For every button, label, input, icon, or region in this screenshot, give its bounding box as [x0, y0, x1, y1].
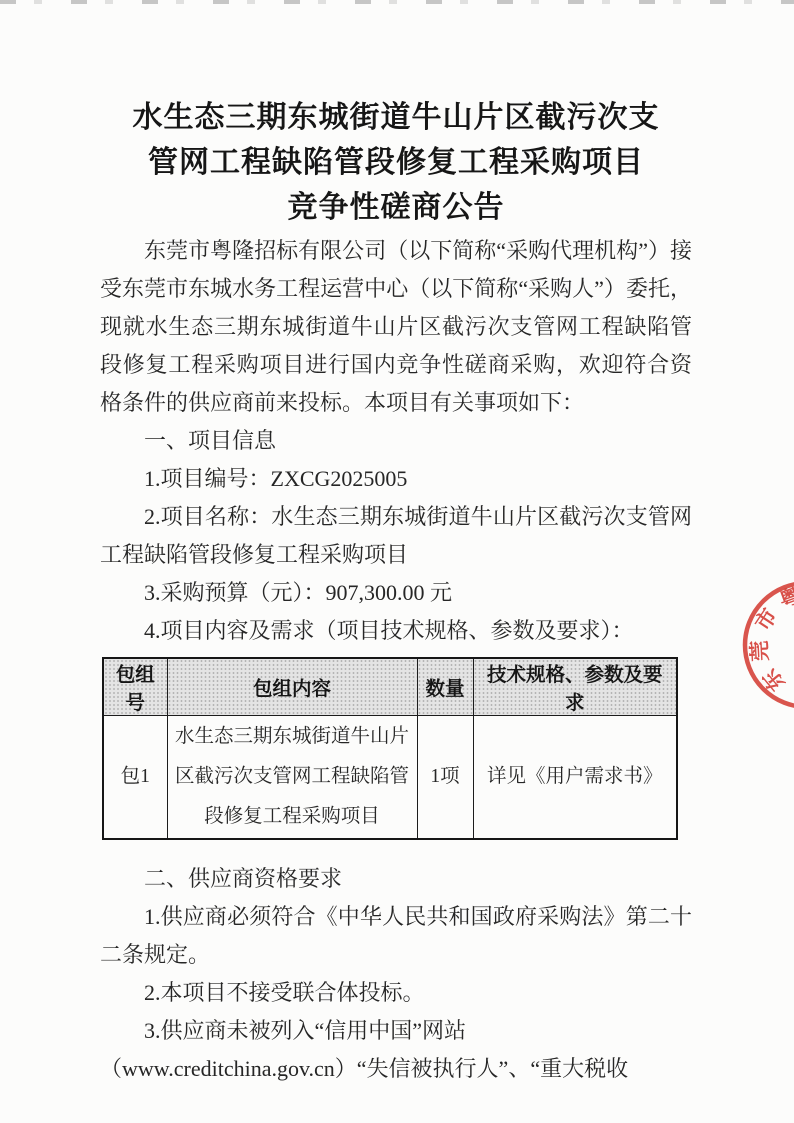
- qualification-item-3-line-1: 3.供应商未被列入“信用中国”网站: [100, 1012, 692, 1050]
- header-quantity: 数量: [417, 658, 473, 716]
- header-package-content: 包组内容: [167, 658, 417, 716]
- section2-heading: 二、供应商资格要求: [100, 860, 692, 898]
- package-table: 包组号 包组内容 数量 技术规格、参数及要求 包1 水生态三期东城街道牛山片区截…: [102, 657, 678, 840]
- company-seal-stamp: 东莞市粤: [740, 574, 794, 724]
- qualification-item-3-line-2: （www.creditchina.gov.cn）“失信被执行人”、“重大税收: [100, 1050, 692, 1088]
- title-line-2: 管网工程缺陷管段修复工程采购项目: [100, 140, 692, 185]
- document-content: 水生态三期东城街道牛山片区截污次支 管网工程缺陷管段修复工程采购项目 竞争性磋商…: [100, 95, 692, 1088]
- document-title: 水生态三期东城街道牛山片区截污次支 管网工程缺陷管段修复工程采购项目 竞争性磋商…: [100, 95, 692, 230]
- project-number-line: 1.项目编号：ZXCG2025005: [100, 460, 692, 498]
- qualification-item-1: 1.供应商必须符合《中华人民共和国政府采购法》第二十二条规定。: [100, 898, 692, 974]
- table-row: 包1 水生态三期东城街道牛山片区截污次支管网工程缺陷管段修复工程采购项目 1项 …: [103, 716, 677, 840]
- stamp-ring: [745, 583, 794, 707]
- table-header-row: 包组号 包组内容 数量 技术规格、参数及要求: [103, 658, 677, 716]
- header-package-no: 包组号: [103, 658, 167, 716]
- section1-heading: 一、项目信息: [100, 422, 692, 460]
- qualification-item-2: 2.本项目不接受联合体投标。: [100, 974, 692, 1012]
- requirements-line: 4.项目内容及需求（项目技术规格、参数及要求）：: [100, 612, 692, 650]
- scan-artifact-top: [0, 0, 794, 4]
- scanned-document-page: 水生态三期东城街道牛山片区截污次支 管网工程缺陷管段修复工程采购项目 竞争性磋商…: [0, 0, 794, 1123]
- title-line-1: 水生态三期东城街道牛山片区截污次支: [100, 95, 692, 140]
- cell-package-content: 水生态三期东城街道牛山片区截污次支管网工程缺陷管段修复工程采购项目: [167, 716, 417, 840]
- title-line-3: 竞争性磋商公告: [100, 185, 692, 230]
- header-tech-spec: 技术规格、参数及要求: [473, 658, 677, 716]
- stamp-text: 东莞市粤: [747, 581, 794, 696]
- svg-text:东莞市粤: 东莞市粤: [747, 581, 794, 696]
- package-table-header: 包组号 包组内容 数量 技术规格、参数及要求: [103, 658, 677, 716]
- cell-quantity: 1项: [417, 716, 473, 840]
- budget-line: 3.采购预算（元）：907,300.00 元: [100, 574, 692, 612]
- cell-tech-spec: 详见《用户需求书》: [473, 716, 677, 840]
- cell-package-no: 包1: [103, 716, 167, 840]
- intro-paragraph: 东莞市粤隆招标有限公司（以下简称“采购代理机构”）接受东莞市东城水务工程运营中心…: [100, 232, 692, 422]
- project-name-line: 2.项目名称：水生态三期东城街道牛山片区截污次支管网工程缺陷管段修复工程采购项目: [100, 498, 692, 574]
